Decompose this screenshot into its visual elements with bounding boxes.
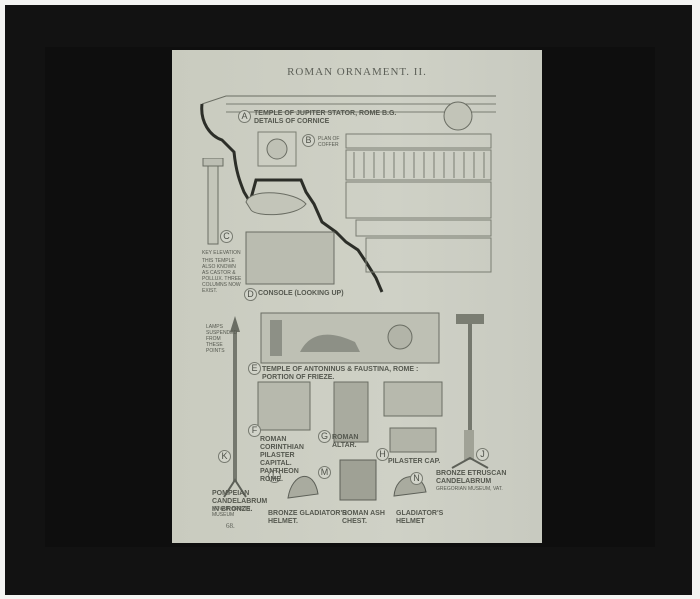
caption-e: Temple of Antoninus & Faustina, Rome : P… [262,366,442,382]
caption-h: Pilaster Cap. [388,458,448,466]
figure-letter-c: C [220,230,233,243]
figure-letter-d: D [244,288,257,301]
figure-letter-b: B [302,134,315,147]
page-number: 68. [226,522,235,530]
caption-c: Key Elevation [202,250,244,256]
plate-title: ROMAN ORNAMENT. II. [172,66,542,78]
figure-letter-n: N [410,472,423,485]
caption-l: Bronze Gladiator's Helmet. [268,510,348,526]
caption-j: Bronze Etruscan Candelabrum [436,470,510,486]
caption-g: Roman Altar. [332,434,382,450]
figure-letter-j: J [476,448,489,461]
caption-d: Console (Looking Up) [258,290,378,298]
note-k: Now in Berlin Museum [212,506,272,518]
note-e: Lamps suspended from these points [206,324,226,354]
figure-letter-k: K [218,450,231,463]
caption-a: Temple of Jupiter Stator, Rome B.G. Deta… [254,110,434,126]
frieze-drawing [260,312,440,364]
caption-b: Plan of Coffer [318,136,344,148]
note-c: This temple also known as Castor & Pollu… [202,258,242,294]
caption-n: Gladiator's Helmet [396,510,456,526]
figure-letter-e: E [248,362,261,375]
ornament-plate: ROMAN ORNAMENT. II. [172,50,542,543]
caption-f: Roman Corinthian Pilaster Capital. Panth… [260,436,320,484]
note-j: Gregorian Museum, Vat. [436,486,510,492]
caption-m: Roman Ash Chest. [342,510,402,526]
figure-letter-a: A [238,110,251,123]
